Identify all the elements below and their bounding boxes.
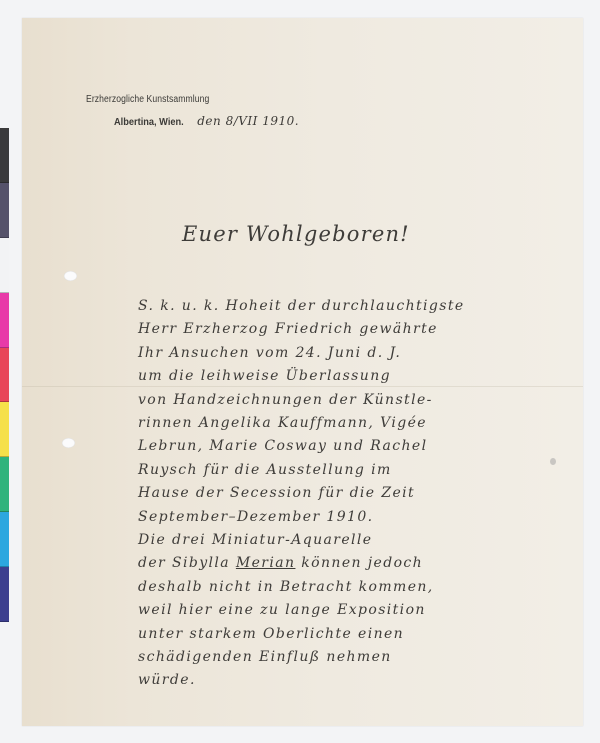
letter-line: Hause der Secession für die Zeit <box>138 485 415 501</box>
color-chip <box>0 567 9 622</box>
letter-line: der Sibylla Merian können jedoch <box>138 555 423 571</box>
letter-line: Ihr Ansuchen vom 24. Juni d. J. <box>138 345 401 361</box>
letterhead-place-date: Albertina, Wien. den 8/VII 1910. <box>114 114 299 128</box>
letter-line: Ruysch für die Ausstellung im <box>138 462 392 478</box>
letter-line: würde. <box>138 672 196 688</box>
letter-date: den 8/VII 1910. <box>197 114 299 128</box>
letter-line: um die leihweise Überlassung <box>138 368 391 384</box>
color-chip <box>0 348 9 403</box>
color-calibration-strip <box>0 128 9 622</box>
letter-line: von Handzeichnungen der Künstle- <box>138 392 433 408</box>
letter-line: deshalb nicht in Betracht kommen, <box>138 579 434 595</box>
letter-line: Lebrun, Marie Cosway und Rachel <box>138 438 427 454</box>
scan-background: Erzherzogliche Kunstsammlung Albertina, … <box>0 0 600 743</box>
color-chip <box>0 183 9 238</box>
letter-line: weil hier eine zu lange Exposition <box>138 602 426 618</box>
salutation: Euer Wohlgeboren! <box>182 222 410 246</box>
letter-line: September–Dezember 1910. <box>138 509 373 525</box>
underlined-name: Merian <box>236 555 296 571</box>
letterhead: Erzherzogliche Kunstsammlung Albertina, … <box>86 94 229 105</box>
letter-line: Herr Erzherzog Friedrich gewährte <box>138 321 438 337</box>
color-chip <box>0 457 9 512</box>
letter-line: Die drei Miniatur-Aquarelle <box>138 532 372 548</box>
color-chip <box>0 512 9 567</box>
letter-line: S. k. u. k. Hoheit der durchlauchtigste <box>138 298 465 314</box>
color-chip <box>0 128 9 183</box>
color-chip <box>0 402 9 457</box>
letter-line: unter starkem Oberlichte einen <box>138 626 404 642</box>
punch-hole-icon <box>62 438 75 448</box>
fold-line <box>22 386 583 387</box>
letter-line: schädigenden Einfluß nehmen <box>138 649 392 665</box>
color-chip <box>0 293 9 348</box>
punch-hole-icon <box>64 271 77 281</box>
color-chip <box>0 238 9 293</box>
paper-spot <box>550 458 556 465</box>
letterhead-place: Albertina, Wien. <box>114 116 184 128</box>
letterhead-organization: Erzherzogliche Kunstsammlung <box>86 94 209 105</box>
letter-line: rinnen Angelika Kauffmann, Vigée <box>138 415 427 431</box>
